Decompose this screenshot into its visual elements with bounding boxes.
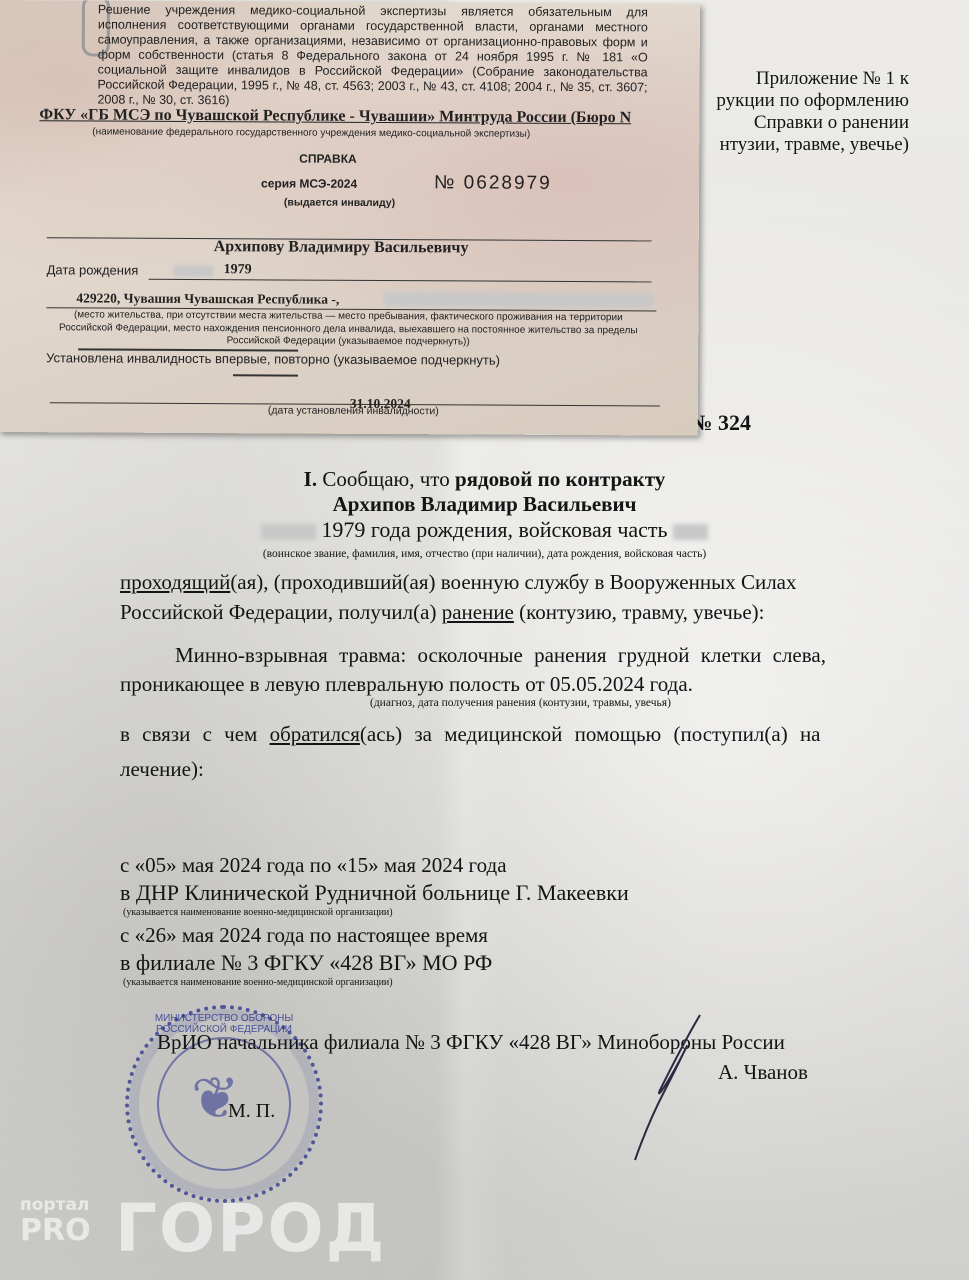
seal-label: М. П.	[228, 1100, 275, 1123]
section-number: I.	[304, 467, 317, 491]
service-line-2: Российской Федерации, получил(а) ранение…	[120, 600, 765, 625]
period-place: в филиале № 3 ФГКУ «428 ВГ» МО РФ	[120, 950, 492, 976]
watermark-big: ГОРОД	[115, 1190, 386, 1267]
legal-notice: Решение учреждения медико-социальной экс…	[97, 3, 648, 111]
certificate-series: серия МСЭ-2024	[261, 176, 357, 191]
serviceman-name: Архипов Владимир Васильевич	[0, 492, 969, 517]
disability-status: Установлена инвалидность впервые, повтор…	[46, 350, 500, 367]
divider	[233, 374, 298, 376]
service-text: Российской Федерации, получил(а)	[120, 600, 442, 624]
period-dates: с «05» мая 2024 года по «15» мая 2024 го…	[120, 853, 507, 878]
certificate-title: СПРАВКА	[299, 152, 357, 166]
military-rank: рядовой по контракту	[455, 467, 665, 491]
appendix-header: Приложение № 1 к рукции по оформлению Сп…	[716, 68, 909, 156]
section-intro: I. Сообщаю, что рядовой по контракту	[0, 467, 969, 492]
issued-to: (выдается инвалиду)	[284, 196, 395, 209]
redacted-date	[261, 524, 316, 540]
disability-date-caption: (дата установления инвалидности)	[268, 404, 439, 417]
certificate-number: № 0628979	[434, 172, 552, 195]
birth-unit-line: 1979 года рождения, войсковая часть	[0, 517, 969, 542]
treatment-text: (ась) за медицинской помощью (поступил(а…	[360, 722, 821, 746]
underlined-word: проходящий	[120, 570, 230, 594]
appendix-line: нтузии, травме, увечье)	[716, 134, 909, 156]
watermark-pro: PRO	[20, 1213, 91, 1248]
underlined-word: обратился	[270, 722, 360, 746]
organization-caption: (наименование федерального государственн…	[92, 126, 530, 139]
address-caption: (место жительства, при отсутствии места …	[58, 309, 638, 350]
address: 429220, Чувашия Чувашская Республика -,	[76, 290, 339, 307]
signature-icon	[630, 1010, 720, 1170]
appendix-line: Приложение № 1 к	[716, 68, 909, 90]
diagnosis-line-1: Минно-взрывная травма: осколочные ранени…	[175, 643, 826, 668]
treatment-line-1: в связи с чем обратился(ась) за медицинс…	[120, 722, 821, 747]
treatment-line-2: лечение):	[120, 757, 204, 782]
underlined-word: ранение	[442, 600, 514, 624]
appendix-line: Справки о ранении	[716, 112, 909, 134]
diagnosis-caption: (диагноз, дата получения ранения (контуз…	[370, 697, 671, 709]
intro-text: Сообщаю, что	[322, 467, 449, 491]
period-caption: (указывается наименование военно-медицин…	[123, 977, 393, 988]
birth-year: 1979	[224, 262, 252, 278]
service-text: (контузию, травму, увечье):	[514, 600, 765, 624]
recipient-name: Архипову Владимиру Васильевичу	[214, 238, 469, 257]
diagnosis-line-2: проникающее в левую плевральную полость …	[120, 672, 693, 697]
birth-date-label: Дата рождения	[47, 262, 139, 277]
period-caption: (указывается наименование военно-медицин…	[123, 907, 393, 918]
service-text: (ая), (проходивший(ая) военную службу в …	[230, 570, 796, 594]
period-place: в ДНР Клинической Рудничной больнице Г. …	[120, 880, 629, 906]
redacted-unit	[673, 524, 708, 540]
organization-name: ФКУ «ГБ МСЭ по Чувашской Республике - Чу…	[39, 106, 631, 127]
redacted-address	[383, 292, 653, 307]
serviceman-caption: (воинское звание, фамилия, имя, отчество…	[0, 542, 969, 567]
treatment-text: в связи с чем	[120, 722, 270, 746]
service-line-1: проходящий(ая), (проходивший(ая) военную…	[120, 570, 797, 595]
period-dates: с «26» мая 2024 года по настоящее время	[120, 923, 488, 948]
watermark-small: портал	[20, 1195, 89, 1215]
disability-certificate: Решение учреждения медико-социальной экс…	[0, 0, 700, 436]
redacted-birth-date	[174, 265, 214, 277]
signatory-name: А. Чванов	[718, 1060, 808, 1085]
appendix-line: рукции по оформлению	[716, 90, 909, 112]
birth-line-text: 1979 года рождения, войсковая часть	[321, 517, 667, 542]
